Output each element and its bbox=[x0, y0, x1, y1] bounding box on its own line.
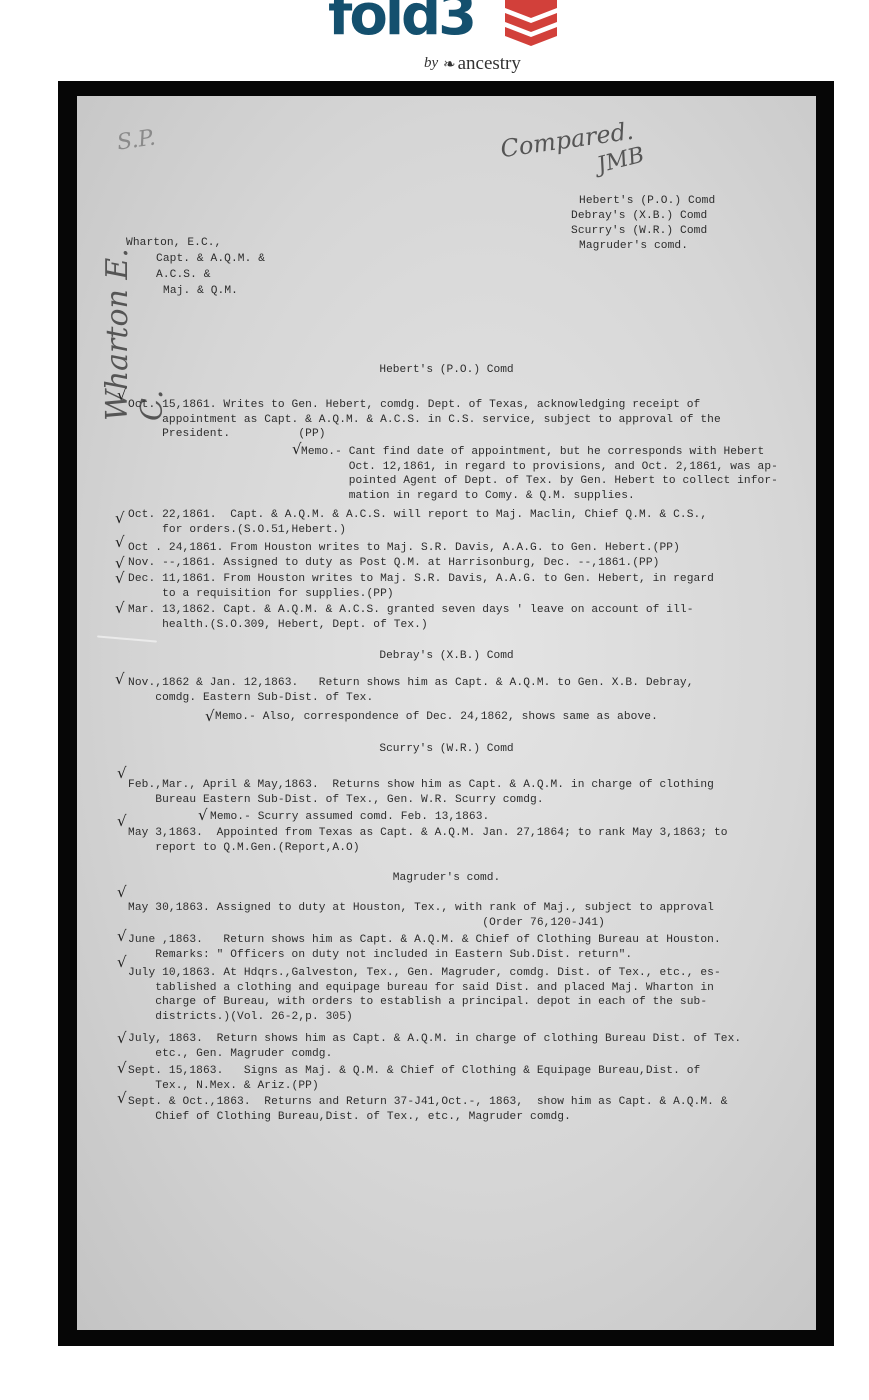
record-entry: Nov.,1862 & Jan. 12,1863. Return shows h… bbox=[128, 676, 694, 705]
subject-rank: Maj. & Q.M. bbox=[163, 284, 238, 299]
subject-rank: A.C.S. & bbox=[156, 268, 211, 283]
record-entry: July 10,1863. At Hdqrs.,Galveston, Tex.,… bbox=[128, 966, 721, 1024]
checkmark-icon: √ bbox=[115, 509, 125, 527]
checkmark-icon: √ bbox=[117, 883, 127, 901]
record-entry: Oct . 24,1861. From Houston writes to Ma… bbox=[128, 541, 680, 556]
record-entry: July, 1863. Return shows him as Capt. & … bbox=[128, 1032, 741, 1061]
command-item: Magruder's comd. bbox=[579, 239, 688, 254]
command-item: Scurry's (W.R.) Comd bbox=[571, 224, 707, 239]
ancestry-logo: ❧ancestry bbox=[443, 53, 521, 75]
logo-by-text: by bbox=[424, 55, 438, 72]
checkmark-icon: √ bbox=[117, 1059, 127, 1077]
record-entry: Feb.,Mar., April & May,1863. Returns sho… bbox=[128, 778, 714, 807]
handwritten-corner-mark: S.P. bbox=[115, 125, 157, 155]
document-frame: S.P. Compared. JMB Wharton E. C. Hebert'… bbox=[58, 81, 834, 1346]
subject-rank: Capt. & A.Q.M. & bbox=[156, 252, 265, 267]
checkmark-icon: √ bbox=[115, 599, 125, 617]
checkmark-icon: √ bbox=[117, 764, 127, 782]
checkmark-icon: √ bbox=[117, 1029, 127, 1047]
ancestry-wordmark: ancestry bbox=[458, 53, 521, 74]
record-entry: May 30,1863. Assigned to duty at Houston… bbox=[128, 901, 714, 930]
record-entry: Oct. 22,1861. Capt. & A.Q.M. & A.C.S. wi… bbox=[128, 508, 707, 537]
checkmark-icon: √ bbox=[205, 707, 215, 725]
checkmark-icon: √ bbox=[117, 1089, 127, 1107]
checkmark-icon: √ bbox=[115, 569, 125, 587]
ancestry-leaf-icon: ❧ bbox=[443, 55, 456, 74]
section-heading: Magruder's comd. bbox=[77, 872, 816, 884]
section-heading: Debray's (X.B.) Comd bbox=[77, 650, 816, 662]
command-item: Hebert's (P.O.) Comd bbox=[579, 194, 715, 209]
document-page: S.P. Compared. JMB Wharton E. C. Hebert'… bbox=[77, 96, 816, 1330]
record-entry: Sept. 15,1863. Signs as Maj. & Q.M. & Ch… bbox=[128, 1064, 700, 1093]
command-item: Debray's (X.B.) Comd bbox=[571, 209, 707, 224]
section-heading: Scurry's (W.R.) Comd bbox=[77, 743, 816, 755]
record-entry: Sept. & Oct.,1863. Returns and Return 37… bbox=[128, 1095, 728, 1124]
chevron-stack-icon bbox=[505, 0, 557, 46]
logo-wordmark: fold3 bbox=[328, 0, 474, 46]
checkmark-icon: √ bbox=[117, 812, 127, 830]
fold3-logo: fold3 by ❧ancestry bbox=[0, 0, 869, 80]
paper-scratch bbox=[97, 635, 157, 642]
record-entry: Nov. --,1861. Assigned to duty as Post Q… bbox=[128, 556, 659, 571]
checkmark-icon: √ bbox=[117, 953, 127, 971]
record-entry: Oct. 15,1861. Writes to Gen. Hebert, com… bbox=[128, 398, 721, 442]
checkmark-icon: √ bbox=[198, 806, 208, 824]
record-entry: Mar. 13,1862. Capt. & A.Q.M. & A.C.S. gr… bbox=[128, 603, 694, 632]
checkmark-icon: √ bbox=[117, 927, 127, 945]
checkmark-icon: √ bbox=[115, 533, 125, 551]
record-entry: June ,1863. Return shows him as Capt. & … bbox=[128, 933, 721, 962]
record-entry: Dec. 11,1861. From Houston writes to Maj… bbox=[128, 572, 714, 601]
record-entry: May 3,1863. Appointed from Texas as Capt… bbox=[128, 826, 728, 855]
memo-entry: Memo.- Cant find date of appointment, bu… bbox=[301, 445, 778, 503]
memo-entry: Memo.- Also, correspondence of Dec. 24,1… bbox=[215, 710, 658, 725]
section-heading: Hebert's (P.O.) Comd bbox=[77, 364, 816, 376]
subject-name: Wharton, E.C., bbox=[126, 236, 221, 251]
handwritten-margin-name: Wharton E. C. bbox=[100, 221, 170, 421]
checkmark-icon: √ bbox=[117, 386, 127, 404]
memo-entry: Memo.- Scurry assumed comd. Feb. 13,1863… bbox=[210, 810, 489, 825]
checkmark-icon: √ bbox=[115, 670, 125, 688]
